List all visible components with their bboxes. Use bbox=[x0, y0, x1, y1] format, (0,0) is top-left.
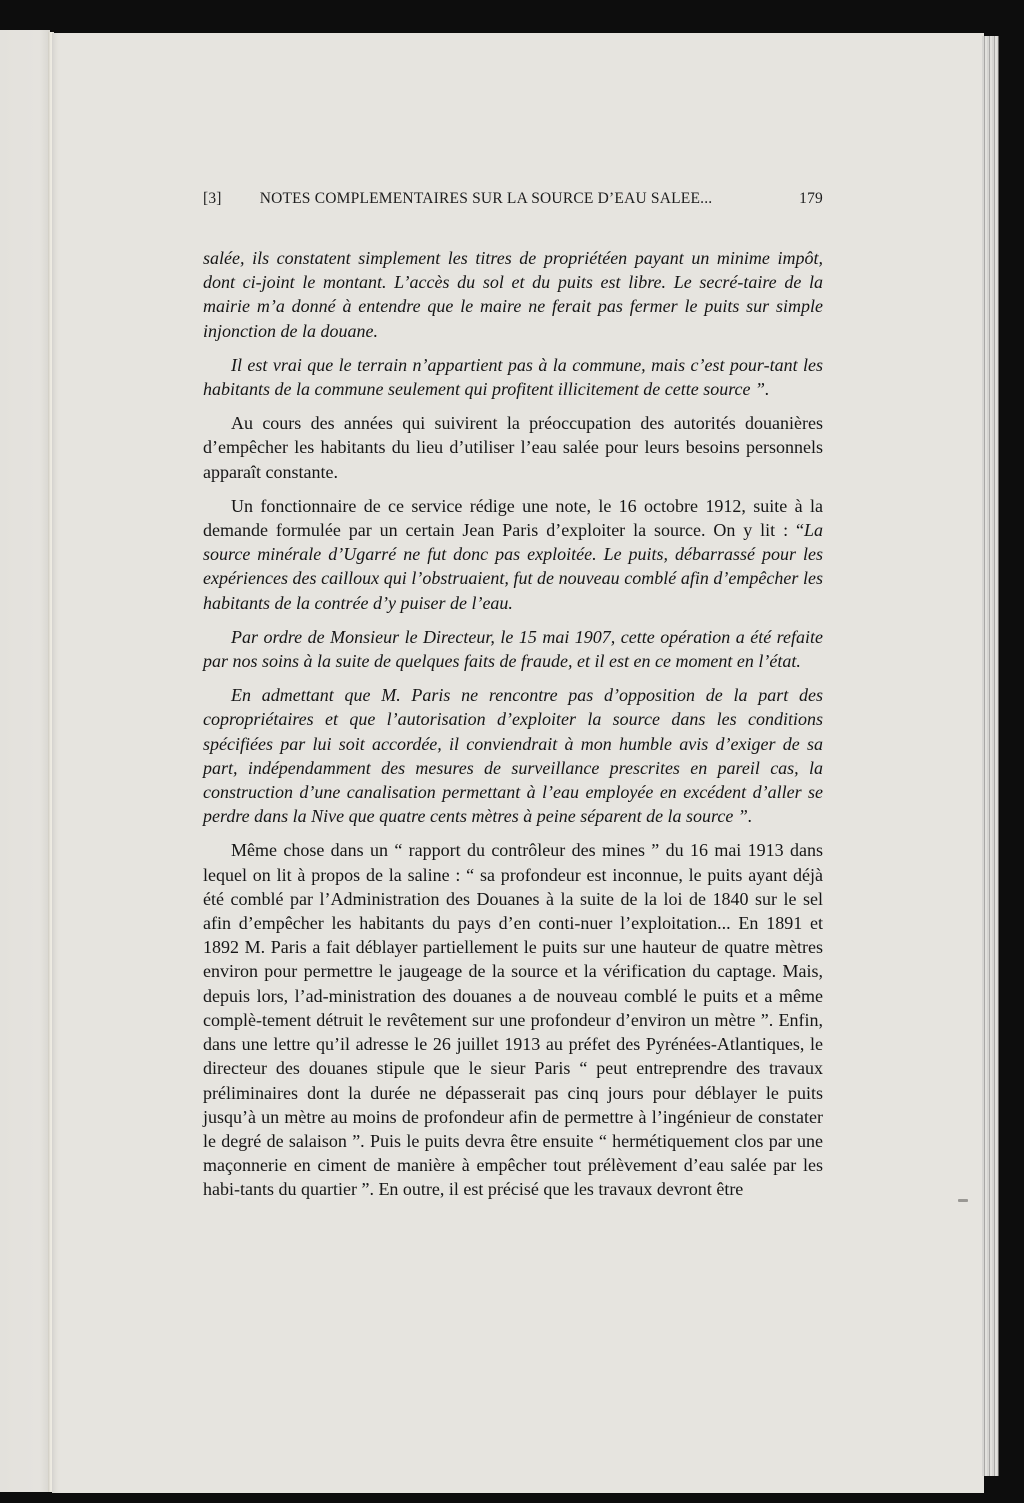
paragraph-4-roman: Un fonctionnaire de ce service rédige un… bbox=[203, 496, 823, 540]
paragraph-6: En admettant que M. Paris ne rencontre p… bbox=[203, 683, 823, 828]
paragraph-3: Au cours des années qui suivirent la pré… bbox=[203, 411, 823, 484]
page-number: 179 bbox=[799, 190, 823, 208]
body-text: salée, ils constatent simplement les tit… bbox=[203, 246, 823, 1202]
paragraph-1: salée, ils constatent simplement les tit… bbox=[203, 246, 823, 343]
stacked-page-edges bbox=[982, 36, 999, 1476]
section-number: [3] bbox=[203, 190, 222, 208]
paragraph-7: Même chose dans un “ rapport du contrôle… bbox=[203, 838, 823, 1201]
paragraph-4: Un fonctionnaire de ce service rédige un… bbox=[203, 494, 823, 615]
paragraph-5: Par ordre de Monsieur le Directeur, le 1… bbox=[203, 625, 823, 673]
margin-mark bbox=[958, 1199, 968, 1202]
facing-page-edge bbox=[0, 30, 50, 1492]
running-head: [3] NOTES COMPLEMENTAIRES SUR LA SOURCE … bbox=[203, 190, 823, 208]
paragraph-2: Il est vrai que le terrain n’appartient … bbox=[203, 353, 823, 401]
running-title: NOTES COMPLEMENTAIRES SUR LA SOURCE D’EA… bbox=[260, 190, 799, 208]
